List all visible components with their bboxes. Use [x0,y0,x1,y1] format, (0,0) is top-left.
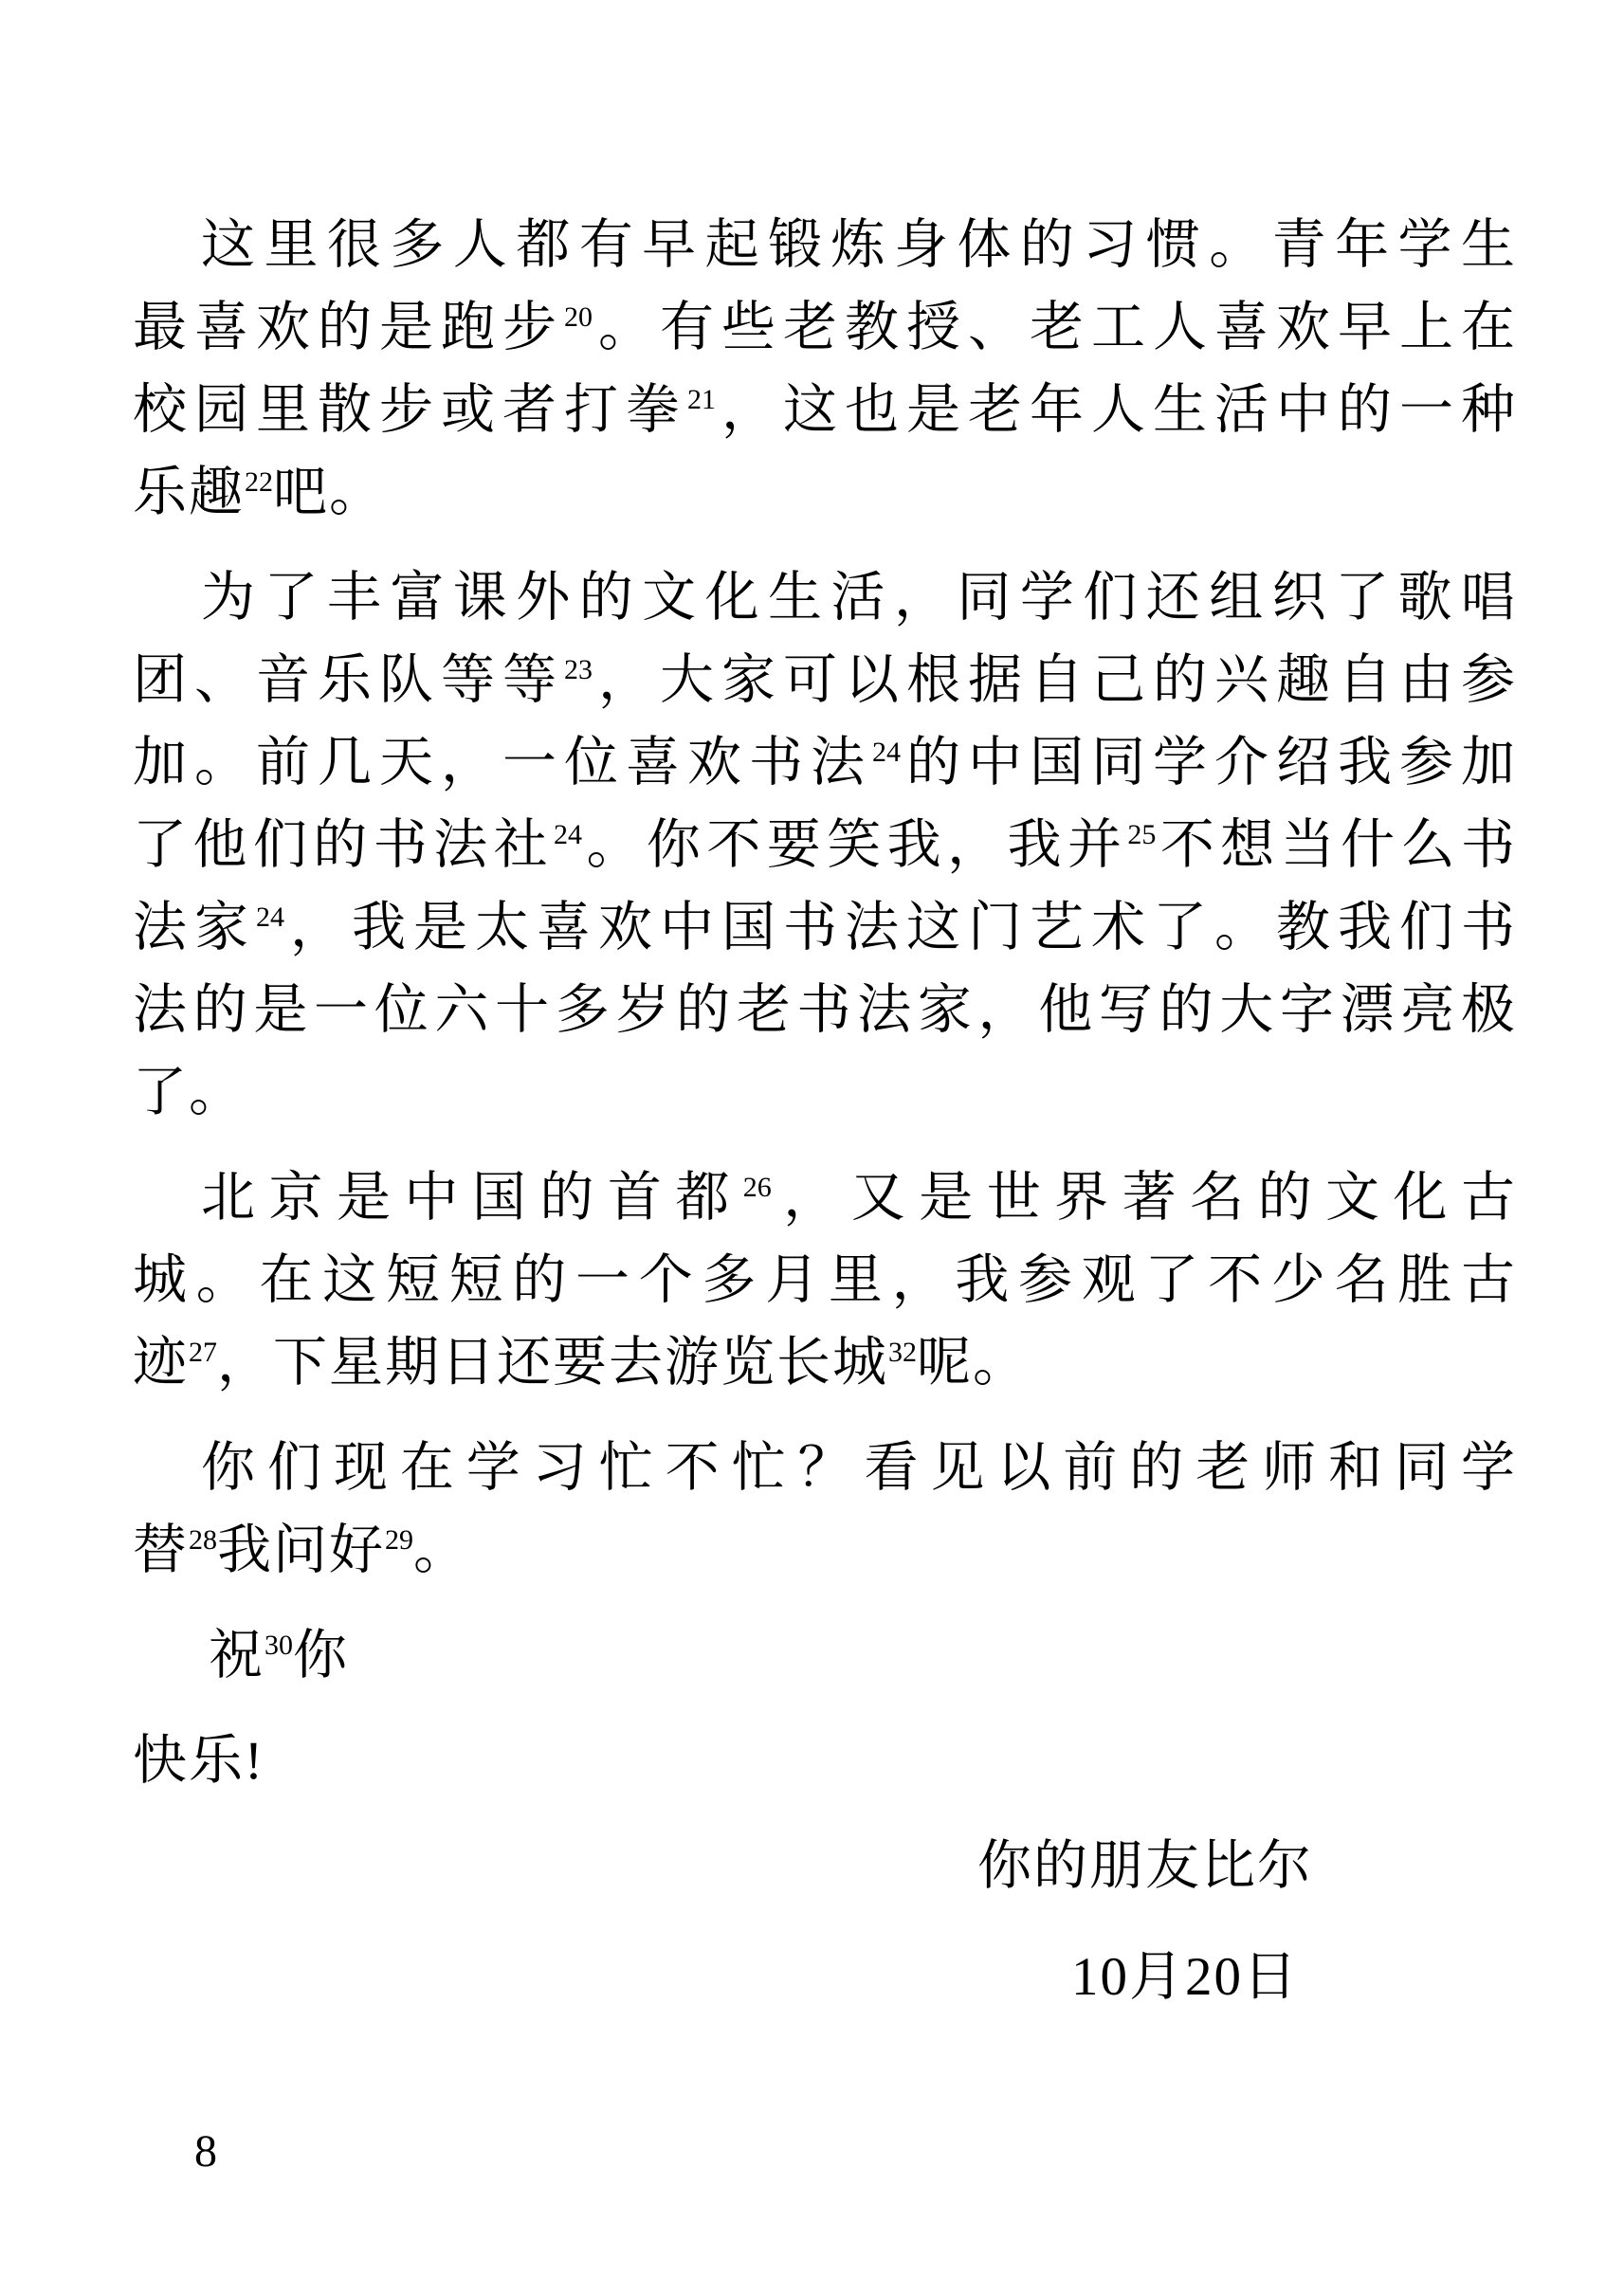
superscript-note-number: 29 [385,1524,413,1556]
signature: 你的朋友比尔 [133,1825,1517,1907]
page-number: 8 [194,2123,217,2180]
text-line: 最喜欢的是跑步20。有些老教授、老工人喜欢早上在 [133,286,1517,369]
superscript-note-number: 21 [687,384,716,415]
text-line: 乐趣22吧。 [133,451,1517,534]
superscript-note-number: 27 [189,1337,217,1368]
text-line: 了。 [133,1051,1517,1134]
paragraph-cultural-activities: 为了丰富课外的文化生活，同学们还组织了歌唱团、音乐队等等23，大家可以根据自己的… [133,556,1517,1134]
superscript-note-number: 28 [189,1524,217,1556]
superscript-note-number: 22 [245,466,273,498]
letter-date: 10月20日 [133,1936,1517,2018]
superscript-note-number: 32 [888,1337,917,1368]
text-line: 迹27，下星期日还要去游览长城32呢。 [133,1321,1517,1404]
paragraph-beijing-capital: 北京是中国的首都26，又是世界著名的文化古城。在这短短的一个多月里，我参观了不少… [133,1157,1517,1404]
text-line: 法的是一位六十多岁的老书法家，他写的大字漂亮极 [133,969,1517,1051]
textbook-page: 这里很多人都有早起锻炼身体的习惯。青年学生最喜欢的是跑步20。有些老教授、老工人… [0,0,1624,2295]
superscript-note-number: 26 [743,1172,772,1203]
text-line: 城。在这短短的一个多月里，我参观了不少名胜古 [133,1239,1517,1321]
text-line: 校园里散步或者打拳21，这也是老年人生活中的一种 [133,369,1517,451]
superscript-note-number: 23 [564,654,593,685]
text-line: 加。前几天，一位喜欢书法24的中国同学介绍我参加 [133,721,1517,804]
superscript-note-number: 24 [256,902,284,933]
superscript-note-number: 20 [564,301,593,333]
text-line: 你们现在学习忙不忙？看见以前的老师和同学 [133,1427,1517,1509]
text-line: 这里很多人都有早起锻炼身体的习惯。青年学生 [133,204,1517,286]
superscript-note-number: 24 [554,819,582,850]
superscript-note-number: 30 [265,1630,293,1661]
text-line: 替28我问好29。 [133,1509,1517,1592]
text-line: 法家24，我是太喜欢中国书法这门艺术了。教我们书 [133,886,1517,969]
text-line: 了他们的书法社24。你不要笑我，我并25不想当什么书 [133,804,1517,886]
superscript-note-number: 24 [872,737,901,768]
text-line: 北京是中国的首都26，又是世界著名的文化古 [133,1157,1517,1239]
letter-body: 这里很多人都有早起锻炼身体的习惯。青年学生最喜欢的是跑步20。有些老教授、老工人… [133,204,1517,2018]
text-line: 团、音乐队等等23，大家可以根据自己的兴趣自由参 [133,639,1517,721]
closing-salute: 祝30你 [133,1614,1517,1697]
paragraph-greetings: 你们现在学习忙不忙？看见以前的老师和同学替28我问好29。 [133,1427,1517,1592]
closing-wish: 快乐! [133,1720,1517,1802]
paragraph-morning-exercise: 这里很多人都有早起锻炼身体的习惯。青年学生最喜欢的是跑步20。有些老教授、老工人… [133,204,1517,534]
superscript-note-number: 25 [1127,819,1156,850]
text-line: 为了丰富课外的文化生活，同学们还组织了歌唱 [133,556,1517,639]
